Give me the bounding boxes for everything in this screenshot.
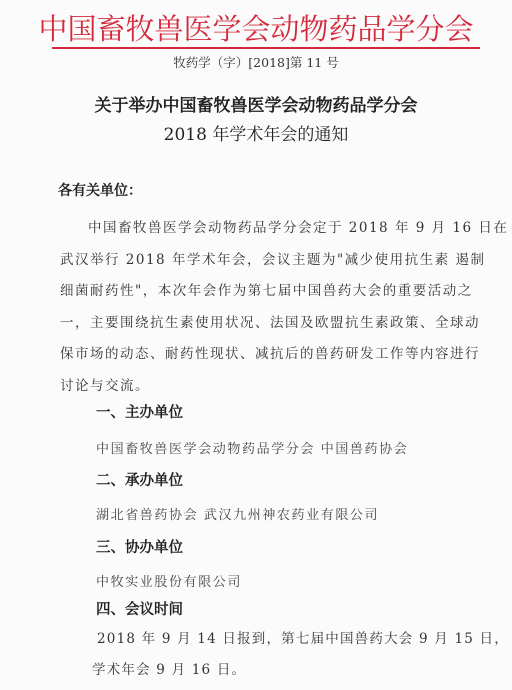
document-number: 牧药学（字）[2018]第 11 号: [0, 55, 512, 71]
notice-title-line-2: 2018 年学术年会的通知: [0, 121, 512, 150]
notice-title: 关于举办中国畜牧兽医学会动物药品学分会 2018 年学术年会的通知: [0, 92, 512, 150]
body-line: 中国畜牧兽医学会动物药品学分会定于 2018 年 9 月 16 日在: [60, 213, 474, 245]
red-divider-line: [52, 47, 480, 49]
section-heading-co-organizer: 三、协办单位: [96, 539, 183, 557]
section-heading-organizer: 二、承办单位: [96, 472, 183, 490]
section-content-organizer: 湖北省兽药协会 武汉九州神农药业有限公司: [96, 507, 379, 524]
meeting-time-line-1: 2018 年 9 月 14 日报到，第七届中国兽药大会 9 月 15 日，: [97, 631, 509, 648]
section-heading-meeting-time: 四、会议时间: [96, 601, 183, 619]
section-content-co-organizer: 中牧实业股份有限公司: [96, 574, 242, 591]
section-content-host: 中国畜牧兽医学会动物药品学分会 中国兽药协会: [96, 441, 408, 458]
section-heading-host: 一、主办单位: [96, 404, 183, 422]
notice-title-line-1: 关于举办中国畜牧兽医学会动物药品学分会: [0, 92, 512, 121]
body-line: 保市场的动态、耐药性现状、减抗后的兽药研发工作等内容进行: [60, 339, 474, 371]
body-line: 细菌耐药性"，本次年会作为第七届中国兽药大会的重要活动之: [60, 276, 474, 308]
body-line: 讨论与交流。: [60, 371, 474, 403]
meeting-time-line-2: 学术年会 9 月 16 日。: [92, 662, 246, 679]
body-line: 一，主要围绕抗生素使用状况、法国及欧盟抗生素政策、全球动: [60, 308, 474, 340]
body-line: 武汉举行 2018 年学术年会，会议主题为"减少使用抗生素 遏制: [60, 245, 474, 277]
organization-header: 中国畜牧兽医学会动物药品学分会: [0, 12, 512, 46]
notice-document: 中国畜牧兽医学会动物药品学分会 牧药学（字）[2018]第 11 号 关于举办中…: [0, 0, 512, 690]
body-paragraph: 中国畜牧兽医学会动物药品学分会定于 2018 年 9 月 16 日在 武汉举行 …: [60, 213, 474, 402]
salutation: 各有关单位：: [58, 182, 142, 200]
